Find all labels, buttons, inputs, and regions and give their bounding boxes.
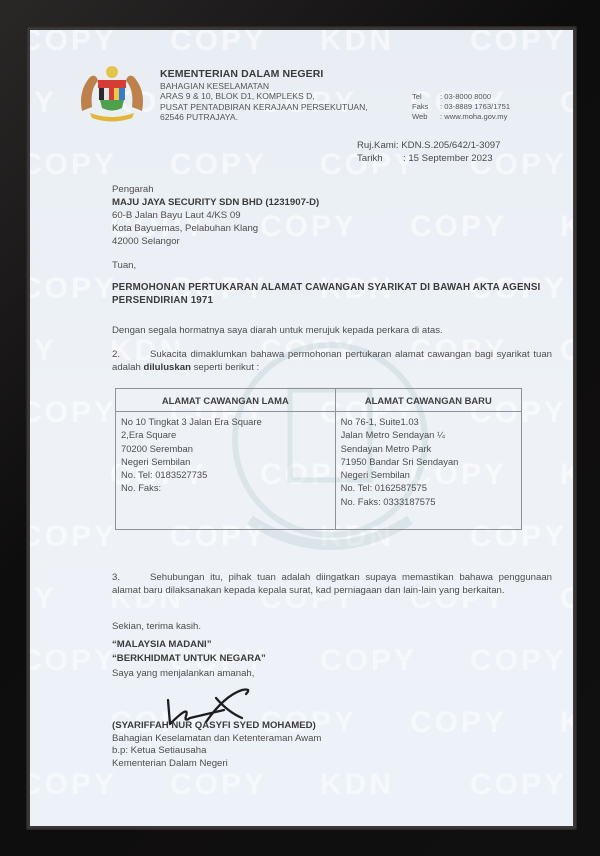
recipient-address-line: 60-B Jalan Bayu Laut 4/KS 09	[112, 209, 319, 222]
recipient-company: MAJU JAYA SECURITY SDN BHD (1231907-D)	[112, 196, 319, 209]
address-change-table: ALAMAT CAWANGAN LAMA ALAMAT CAWANGAN BAR…	[115, 388, 522, 530]
header-old-address: ALAMAT CAWANGAN LAMA	[116, 389, 336, 412]
copy-watermark: COPY	[170, 768, 267, 802]
copy-watermark: COPY	[30, 520, 117, 554]
copy-watermark: KDN	[30, 706, 34, 740]
reference-block: Ruj.Kami: KDN.S.205/642/1-3097 Tarikh: 1…	[357, 140, 500, 165]
copy-watermark: COPY	[30, 148, 117, 182]
copy-watermark: COPY	[170, 30, 267, 58]
letter-date: Tarikh: 15 September 2023	[357, 153, 500, 166]
ministry-address: BAHAGIAN KESELAMATAN ARAS 9 & 10, BLOK D…	[160, 81, 368, 122]
salutation: Tuan,	[112, 259, 136, 272]
header-new-address: ALAMAT CAWANGAN BARU	[335, 389, 521, 412]
closing-thanks: Sekian, terima kasih.	[112, 620, 201, 633]
copy-watermark: COPY	[470, 30, 567, 58]
signer-block: (SYARIFFAH NUR QASYFI SYED MOHAMED) Baha…	[112, 720, 321, 770]
contact-web: Web: www.moha.gov.my	[412, 112, 510, 122]
copy-watermark: COPY	[170, 148, 267, 182]
copy-watermark: COPY	[30, 396, 117, 430]
copy-watermark: COPY	[30, 272, 117, 306]
old-address-cell: No 10 Tingkat 3 Jalan Era Square 2,Era S…	[116, 412, 336, 530]
copy-watermark: COPY	[560, 86, 573, 120]
address-line: ARAS 9 & 10, BLOK D1, KOMPLEKS D,	[160, 91, 368, 101]
motto: “MALAYSIA MADANI” “BERKHIDMAT UNTUK NEGA…	[112, 638, 266, 665]
paragraph-1: Dengan segala hormatnya saya diarah untu…	[112, 324, 443, 337]
copy-watermark: COPY	[30, 334, 57, 368]
copy-watermark: KDN	[560, 458, 573, 492]
paragraph-3: 3.Sehubungan itu, pihak tuan adalah diin…	[112, 571, 552, 597]
recipient-block: Pengarah MAJU JAYA SECURITY SDN BHD (123…	[112, 183, 319, 248]
copy-watermark: COPY	[30, 582, 57, 616]
copy-watermark: COPY	[560, 582, 573, 616]
copy-watermark: COPY	[30, 86, 57, 120]
copy-watermark: KDN	[560, 210, 573, 244]
contact-tel: Tel: 03-8000 8000	[412, 92, 510, 102]
contact-fax: Faks: 03-8889 1763/1751	[412, 102, 510, 112]
signer-department: Bahagian Keselamatan dan Ketenteraman Aw…	[112, 733, 321, 746]
signer-ministry: Kementerian Dalam Negeri	[112, 758, 321, 771]
copy-watermark: COPY	[410, 706, 507, 740]
copy-watermark: KDN	[560, 706, 573, 740]
copy-watermark: KDN	[320, 30, 394, 58]
copy-watermark: COPY	[320, 644, 417, 678]
recipient-address-line: Kota Bayuemas, Pelabuhan Klang	[112, 222, 319, 235]
recipient-address-line: 42000 Selangor	[112, 235, 319, 248]
paragraph-2: 2.Sukacita dimaklumkan bahawa permohonan…	[112, 348, 552, 374]
address-line: PUSAT PENTADBIRAN KERAJAAN PERSEKUTUAN,	[160, 102, 368, 112]
copy-watermark: COPY	[470, 768, 567, 802]
copy-watermark: COPY	[410, 210, 507, 244]
reference-number: Ruj.Kami: KDN.S.205/642/1-3097	[357, 140, 500, 153]
copy-watermark: COPY	[470, 644, 567, 678]
copy-watermark: KDN	[30, 210, 34, 244]
ministry-contacts: Tel: 03-8000 8000 Faks: 03-8889 1763/175…	[412, 92, 510, 122]
motto-line-1: “MALAYSIA MADANI”	[112, 638, 266, 652]
copy-watermark: COPY	[30, 30, 117, 58]
recipient-title: Pengarah	[112, 183, 319, 196]
signer-on-behalf: b.p: Ketua Setiausaha	[112, 745, 321, 758]
table-row: No 10 Tingkat 3 Jalan Era Square 2,Era S…	[116, 412, 522, 530]
motto-line-2: “BERKHIDMAT UNTUK NEGARA”	[112, 652, 266, 666]
copy-watermark: COPY	[30, 644, 117, 678]
approval-status: diluluskan	[143, 362, 190, 373]
subject-heading: PERMOHONAN PERTUKARAN ALAMAT CAWANGAN SY…	[112, 282, 552, 307]
copy-watermark: KDN	[30, 458, 34, 492]
address-line: 62546 PUTRAJAYA.	[160, 112, 368, 122]
address-line: BAHAGIAN KESELAMATAN	[160, 81, 368, 91]
ministry-name: KEMENTERIAN DALAM NEGERI	[160, 68, 323, 80]
new-address-cell: No 76-1, Suite1.03 Jalan Metro Sendayan …	[335, 412, 521, 530]
signer-name: (SYARIFFAH NUR QASYFI SYED MOHAMED)	[112, 720, 321, 733]
copy-watermark: COPY	[30, 768, 117, 802]
copy-watermark: KDN	[320, 768, 394, 802]
malaysia-coat-of-arms-icon	[76, 63, 148, 123]
copy-watermark: COPY	[560, 334, 573, 368]
letter-page: COPYCOPYKDNCOPYCOPYCOPYKDNCOPYCOPYCOPYCO…	[30, 30, 573, 826]
